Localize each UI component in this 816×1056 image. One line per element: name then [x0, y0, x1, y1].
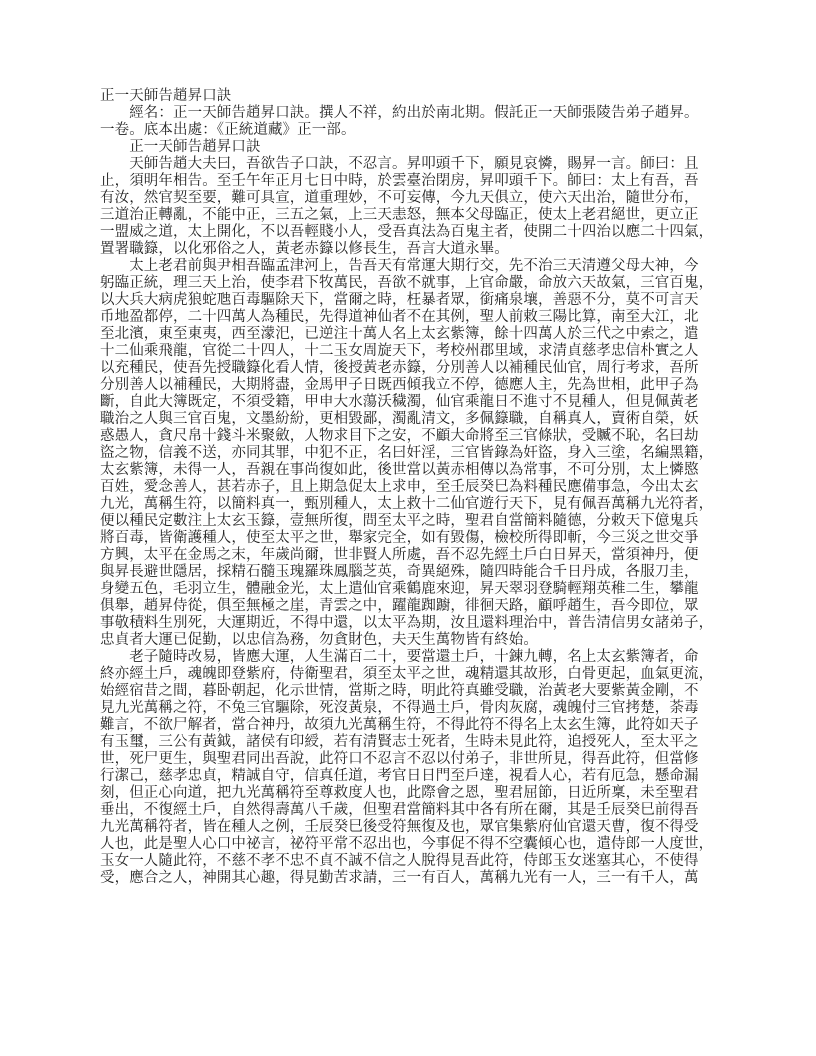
text-line: 币地盈都停，二十四萬人為種民，先得道神仙者不在其例，聖人前敕三陽比算，南至大江，…	[100, 309, 720, 326]
text-line: 玉女一人隨此符，不慈不孝不忠不貞不誠不信之人脫得見吾此符，侍郎玉女迷塞其心，不使…	[100, 853, 720, 870]
text-line: 惑愚人，貪尺帛十錢斗米聚斂，人物求目下之安，不顧大命將至三官條狀，受贓不恥，名曰…	[100, 428, 720, 445]
text-line: 難言，不欲尸解者，當合神丹，故須九光萬稱生符，不得此符不得名上太玄生簿，此符如天…	[100, 717, 720, 734]
document-text: 正一天師告趙昇口訣 經名：正一天師告趙昇口訣。撰人不祥，約出於南北期。假託正一天…	[100, 88, 720, 887]
text-line: 老子隨時改易，皆應大運，人生滿百二十，要當還土戶，十鍊九轉，名上太玄紫簿者，命	[100, 649, 720, 666]
document-page: 正一天師告趙昇口訣 經名：正一天師告趙昇口訣。撰人不祥，約出於南北期。假託正一天…	[0, 0, 816, 1056]
text-line: 將百毒，皆衛護種人，使至太平之世，舉家完全，如有毀傷，檢校所得即斬，今三災之世交…	[100, 530, 720, 547]
text-line: 俱舉，趙昇侍從，俱至無極之崖，青雲之中，躍龍踟躕，徘徊天路，顧呼趙生，吾今即位，…	[100, 598, 720, 615]
text-line: 職治之人與三官百鬼，文墨紛紛，更相毀鄙，濁亂清文，多佩籙職，自稱真人，賣術自榮，…	[100, 411, 720, 428]
text-line: 見九光萬稱之符，不兔三官驅除，死沒黃泉，不得過土戶，骨肉灰腐，魂魄付三官拷楚，荼…	[100, 700, 720, 717]
text-line: 盜之物，信義不送，亦同其罪，中犯不正，名曰奸淫，三官皆錄為奸盜，身入三塗，名編黑…	[100, 445, 720, 462]
text-line: 天師告趙大夫曰，吾欲告子口訣，不忍言。昇叩頭千下，願見哀憐，賜昇一言。師曰：且	[100, 156, 720, 173]
text-line: 止，須明年相告。至壬午年正月七日中時，於雲臺治閉房，昇叩頭千下。師曰：太上有吾，…	[100, 173, 720, 190]
text-line: 躬臨正統，理三天上治，使李君下牧萬民，吾欲不就事，上官命嚴，命放六天故氣，三官百…	[100, 275, 720, 292]
text-line: 垂出，不復經土戶，自然得壽萬八千歲，但聖君當簡料其中各有所在爾，其是壬辰癸巳前得…	[100, 802, 720, 819]
text-line: 經名：正一天師告趙昇口訣。撰人不祥，約出於南北期。假託正一天師張陵告弟子趙昇。	[100, 105, 720, 122]
text-line: 行潔己，慈孝忠貞，精誠自守，信真任道，考官日日門至戶達，視看人心，若有厄急，懸命…	[100, 768, 720, 785]
text-line: 三道治正轉亂，不能中正，三五之氣，上三天恚怒，無本父母臨正，使太上老君絕世，更立…	[100, 207, 720, 224]
text-line: 分別善人以補種民，大期將盡，金馬甲子日既西傾我立不停，德應人主，先為世相，此甲子…	[100, 377, 720, 394]
text-line: 以大兵大病虎狼蛇虺百毒驅除天下，當爾之時，枉暴者眾，銜痛泉壤，善惡不分，莫不可言…	[100, 292, 720, 309]
text-line: 有玉璽，三公有黃鉞，諸侯有印綬，若有清賢志士死者，生時未見此符，追授死人，至太平…	[100, 734, 720, 751]
text-line: 十二仙乘飛龍，官從二十四人，十二玉女周旋天下，考校州郡里域，求清貞慈孝忠信朴實之…	[100, 343, 720, 360]
text-line: 始經宿昔之間，暮卧朝起，化示世情，當斯之時，明此符真雖受職，治黃老大要紫黃金剛，…	[100, 683, 720, 700]
text-line: 至北濱，東至東夷，西至濛汜，已逆注十萬人名上太玄紫簿，餘十四萬人於三代之中索之，…	[100, 326, 720, 343]
text-line: 置署職籙，以化邪俗之人，黃老赤籙以修長生，吾言大道永畢。	[100, 241, 720, 258]
text-line: 一盟威之道，太上開化，不以吾輕賤小人，受吾真法為百鬼主者，使開二十四治以應二十四…	[100, 224, 720, 241]
text-line: 太上老君前與尹相吾臨孟津河上，告吾天有常運大期行交，先不治三天清遵父母大神，今	[100, 258, 720, 275]
text-line: 方興，太平在金馬之末，年歲尚爾，世非賢人所處，吾不忍先經土戶白日昇天，當須神丹，…	[100, 547, 720, 564]
text-line: 世，死尸更生，與聖君同出吾說，此符口不忍言不忍以付弟子，非世所見，得吾此符，但當…	[100, 751, 720, 768]
text-line: 九光，萬稱生符，以簡料真一，甄別種人，太上救十二仙官遊行天下，見有佩吾萬稱九光符…	[100, 496, 720, 513]
text-line: 一卷。底本出處：《正統道藏》正一部。	[100, 122, 720, 139]
text-line: 便以種民定數注上太玄玉籙，壹無所復，問至太平之時，聖君自當簡料隨德，分敕天下億鬼…	[100, 513, 720, 530]
text-line: 終亦經土戶，魂魄即登紫府，侍衛聖君，須至太平之世，魂精還其故形，白骨更起，血氣更…	[100, 666, 720, 683]
text-line: 有汝，然官契至要，難可具宣，道重理妙，不可妄傳，今九天俱立，使六天出治，隨世分布…	[100, 190, 720, 207]
text-line: 以充種民，使吾先授職籙化看人情，後授黃老赤籙，分別善人以補種民仙官，周行考求，吾…	[100, 360, 720, 377]
text-line: 忠貞者大運已促勤，以忠信為務，勿貪財色，夫天生萬物皆有終始。	[100, 632, 720, 649]
document-title: 正一天師告趙昇口訣	[100, 88, 720, 105]
text-line: 九光萬稱符者，皆在種人之例，壬辰癸巳後受符無復及也，眾官集紫府仙官還天曹，復不得…	[100, 819, 720, 836]
text-line: 百姓，愛念善人，甚若赤子，且上期急促太上求申，至壬辰癸巳為料種民應備事急，今出太…	[100, 479, 720, 496]
text-line: 事敬積料生別死，大運期近，不得中還，以太平為期，汝且還料理治中，普告清信男女諸弟…	[100, 615, 720, 632]
text-line: 斷，自此大簿既定，不須受籍，甲申大水蕩沃穢濁，仙官乘龍日不進寸不見種人，但見佩黃…	[100, 394, 720, 411]
text-line: 身變五色，毛羽立生，體融金光，太上遣仙官乘鶴鹿來迎，昇天翠羽登騎輕翔英稚二生，攀…	[100, 581, 720, 598]
text-line: 刻，但正心向道，把九光萬稱符至尊救度人也，此際會之恩，聖君屈節，日近所稟，未至聖…	[100, 785, 720, 802]
text-line: 受，應合之人，神開其心趣，得見勤苦求請，三一有百人，萬稱九光有一人，三一有千人，…	[100, 870, 720, 887]
text-line: 正一天師告趙昇口訣	[100, 139, 720, 156]
text-line: 太玄紫簿，未得一人，吾親在事尚復如此，後世當以黃赤相傳以為常事，不可分別，太上憐…	[100, 462, 720, 479]
text-line: 與昇長避世隱居，採精石髓玉瑰羅珠鳳腦芝英，奇異絕殊，隨四時能合千日丹成，各服刀圭…	[100, 564, 720, 581]
text-line: 人也，此是聖人心口中祕言，祕符平常不忍出也，今事促不得不空囊傾心也，遣侍郎一人度…	[100, 836, 720, 853]
